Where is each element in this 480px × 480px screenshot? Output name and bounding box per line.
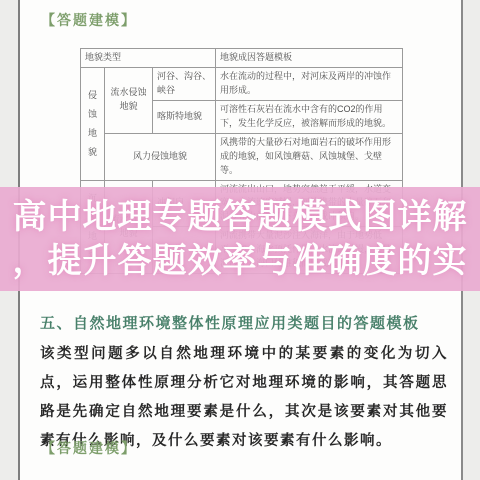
watermark-title-line1: 高中地理专题答题模式图详解 (13, 195, 468, 239)
cell-wind-erosion: 风力侵蚀地貌 (105, 133, 216, 180)
watermark-title-line2: ，提升答题效率与准确度的实 (13, 239, 468, 283)
cell-valley-cause: 水在流动的过程中，对河床及两岸的冲蚀作用形成。 (216, 67, 403, 100)
table-row: 侵蚀地貌 流水侵蚀地貌 河谷、沟谷、峡谷 水在流动的过程中，对河床及两岸的冲蚀作… (81, 67, 403, 100)
cell-valley-forms: 河谷、沟谷、峡谷 (153, 67, 216, 100)
header-landform-type: 地貌类型 (81, 49, 216, 68)
answer-modeling-label-bottom: 【答题建模】 (41, 438, 137, 458)
cell-karst-cause: 可溶性石灰岩在流水中含有的CO2的作用下，发生化学反应，被溶解而形成的地貌。 (216, 100, 403, 133)
section-five-heading: 五、自然地理环境整体性原理应用类题目的答题模板 (40, 312, 444, 333)
group-erosion-landform: 侵蚀地貌 (81, 67, 105, 180)
cell-fluvial-erosion: 流水侵蚀地貌 (105, 67, 153, 133)
title-watermark-banner: 高中地理专题答题模式图详解 ，提升答题效率与准确度的实 (0, 187, 480, 291)
answer-modeling-label-top: 【答题建模】 (41, 10, 137, 30)
document-page: { "page": { "top_section_label": "【答题建模】… (0, 0, 480, 480)
table-header-row: 地貌类型 地貌成因答题模板 (81, 49, 403, 68)
cell-wind-cause: 风携带的大量砂石对地面岩石的破坏作用形成的地貌，如风蚀蘑菇、风蚀城堡、戈壁等。 (216, 133, 403, 180)
cell-karst-form: 喀斯特地貌 (153, 100, 216, 133)
table-row: 风力侵蚀地貌 风携带的大量砂石对地面岩石的破坏作用形成的地貌，如风蚀蘑菇、风蚀城… (81, 133, 403, 180)
header-cause-template: 地貌成因答题模板 (216, 49, 403, 68)
